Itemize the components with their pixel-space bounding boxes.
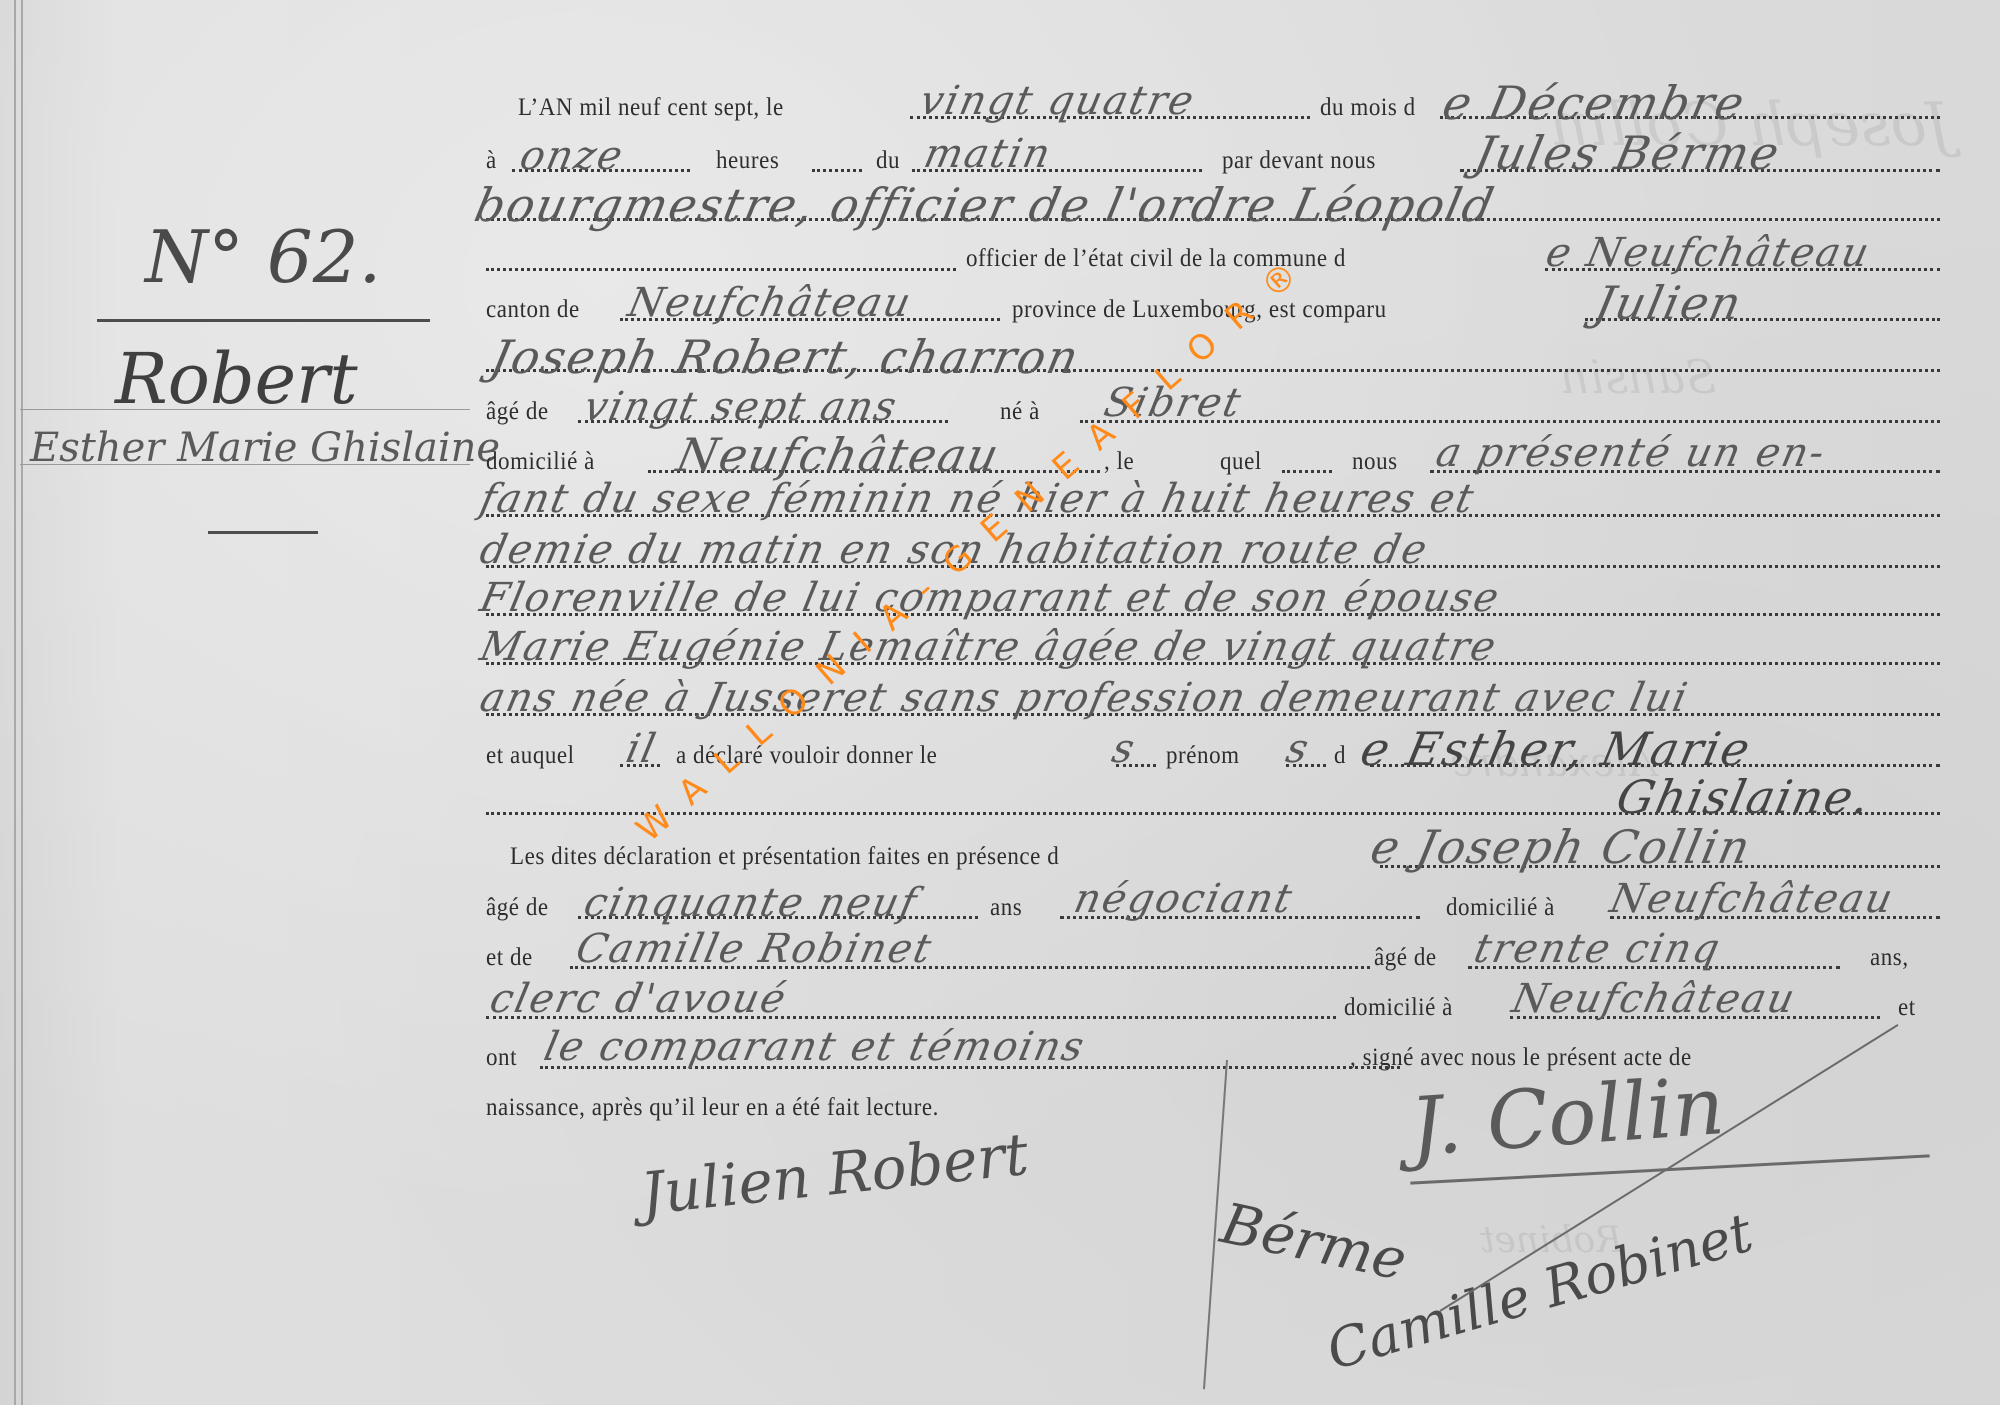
hand-official-title: bourgmestre, officier de l'ordre Léopold — [470, 178, 1500, 232]
blank-heures-suffix — [812, 169, 862, 172]
register-page: Joseph Collin Sansin Alexandre Robinet N… — [0, 0, 2000, 1405]
printed-text: âgé de — [486, 398, 549, 426]
hand-domicile2: Neufchâteau — [1508, 976, 1800, 1022]
printed-text: âgé de — [1374, 944, 1437, 972]
margin-divider-top — [97, 319, 430, 322]
printed-text: nous — [1352, 448, 1398, 476]
printed-text: et — [1898, 994, 1916, 1022]
hand-domicile: Neufchâteau — [672, 428, 1005, 482]
printed-text: canton de — [486, 296, 580, 324]
hand-official: Jules Bérme — [1470, 126, 1786, 180]
hand-canton: Neufchâteau — [624, 280, 916, 326]
printed-text: d — [1334, 742, 1346, 770]
hand-signers: le comparant et témoins — [540, 1024, 1090, 1070]
printed-text: par devant nous — [1222, 147, 1376, 175]
hand-day: vingt quatre — [916, 78, 1199, 124]
hand-age2: trente cinq — [1470, 926, 1725, 972]
printed-text: domicilié à — [486, 448, 595, 476]
hand-text: Marie Eugénie Lemaître âgée de vingt qua… — [476, 624, 1502, 670]
hand-occupation2: clerc d'avoué — [486, 976, 791, 1022]
printed-text: prénom — [1166, 742, 1240, 770]
margin-divider-bottom — [208, 531, 318, 534]
printed-text: âgé de — [486, 894, 549, 922]
printed-text: Les dites déclaration et présentation fa… — [510, 843, 1059, 871]
printed-text: du — [876, 147, 900, 175]
hand-text: ans née à Jusseret sans profession demeu… — [476, 675, 1693, 721]
printed-text: province de Luxembourg, est comparu — [1012, 296, 1387, 324]
printed-text: heures — [716, 147, 779, 175]
printed-text: à — [486, 147, 497, 175]
hand-hour: onze — [516, 133, 628, 179]
printed-text: domicilié à — [1446, 894, 1555, 922]
signature-witness1: J. Collin — [1407, 1059, 1727, 1174]
printed-text: domicilié à — [1344, 994, 1453, 1022]
blank-line — [486, 268, 956, 271]
printed-text: quel — [1220, 448, 1262, 476]
hand-commune: e Neufchâteau — [1542, 230, 1875, 276]
hand-text: Florenville de lui comparant et de son é… — [476, 575, 1505, 621]
printed-text: du mois d — [1320, 94, 1416, 122]
printed-text: et auquel — [486, 742, 575, 770]
bleed-through-text: Sansin — [1560, 350, 1717, 404]
margin-rule-left-inner — [21, 0, 23, 1405]
hand-declarant: Julien — [1590, 276, 1748, 330]
hand-given-names: e Esther, Marie — [1356, 722, 1756, 776]
margin-surname: Robert — [115, 338, 358, 420]
printed-text: ans, — [1870, 944, 1909, 972]
printed-text: naissance, après qu’il leur en a été fai… — [486, 1094, 939, 1122]
hand-text: a présenté un en- — [1432, 430, 1830, 476]
printed-text: et de — [486, 944, 533, 972]
hand-given-names-cont: Ghislaine. — [1612, 770, 1876, 824]
printed-text: ont — [486, 1044, 517, 1072]
margin-given-names: Esther Marie Ghislaine — [30, 425, 500, 471]
signature-officer: Bérme — [1215, 1191, 1412, 1294]
hand-age: vingt sept ans — [580, 384, 902, 430]
hand-period: matin — [920, 131, 1056, 177]
signature-declarant: Julien Robert — [638, 1120, 1032, 1228]
printed-text: ans — [990, 894, 1022, 922]
hand-age1: cinquante neuf — [580, 880, 922, 926]
hand-occupation1: négociant — [1070, 876, 1298, 922]
printed-text: L’AN mil neuf cent sept, le — [518, 94, 784, 122]
hand-declarant-cont: Joseph Robert, charron — [486, 330, 1085, 384]
margin-rule-left — [14, 0, 16, 1405]
printed-text: né à — [1000, 398, 1040, 426]
hand-domicile1: Neufchâteau — [1606, 876, 1898, 922]
hand-month: e Décembre — [1438, 76, 1751, 130]
blank-small — [1282, 470, 1332, 473]
hand-witness1: e Joseph Collin — [1366, 820, 1757, 874]
entry-number: N° 62. — [145, 215, 381, 299]
hand-witness2: Camille Robinet — [572, 926, 937, 972]
